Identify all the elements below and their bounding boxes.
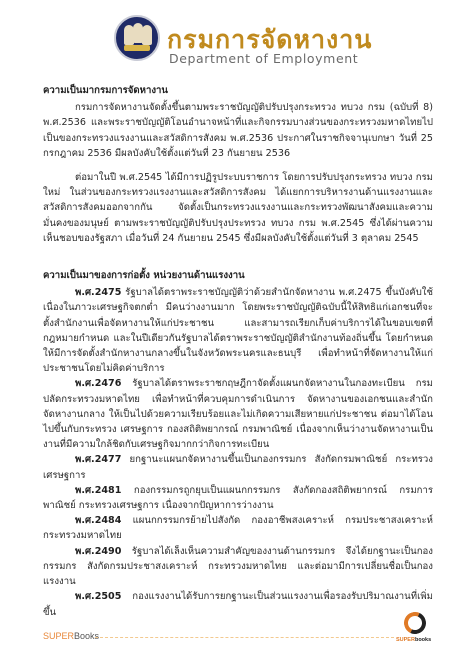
document-body: ความเป็นมากรมการจัดหางาน กรมการจัดหางานจ… xyxy=(43,83,433,620)
paragraph: พ.ศ.2490 รัฐบาลได้เล็งเห็นความสำคัญของงา… xyxy=(43,544,433,590)
section-title: ความเป็นมากรมการจัดหางาน xyxy=(43,83,433,98)
footer-divider xyxy=(95,637,394,638)
paragraph: ต่อมาในปี พ.ศ.2545 ได้มีการปฏิรูประบบราช… xyxy=(43,170,433,246)
year-label: พ.ศ.2475 xyxy=(75,287,121,298)
document-header: กรมการจัดหางาน Department of Employment xyxy=(0,0,466,75)
year-label: พ.ศ.2481 xyxy=(75,485,121,496)
year-label: พ.ศ.2490 xyxy=(75,546,121,557)
paragraph: พ.ศ.2475 รัฐบาลได้ตราพระราชบัญญัติว่าด้ว… xyxy=(43,285,433,376)
paragraph: พ.ศ.2505 กองแรงงานได้รับการยกฐานะเป็นส่ว… xyxy=(43,589,433,619)
year-label: พ.ศ.2484 xyxy=(75,515,121,526)
year-label: พ.ศ.2476 xyxy=(75,378,121,389)
paragraph: พ.ศ.2477 ยกฐานะแผนกจัดหางานขึ้นเป็นกองกร… xyxy=(43,452,433,482)
paragraph: พ.ศ.2484 แผนกกรรมกรย้ายไปสังกัด กองอาชีพ… xyxy=(43,513,433,543)
footer-brand: SUPERBooks xyxy=(43,631,99,641)
paragraph: พ.ศ.2476 รัฐบาลได้ตราพระราชกฤษฎีกาจัดตั้… xyxy=(43,376,433,452)
department-seal-icon xyxy=(114,15,160,61)
page-footer: SUPERBooks SUPERbooks xyxy=(0,618,466,658)
paragraph: พ.ศ.2481 กองกรรมกรถูกยุบเป็นแผนกกรรมกร ส… xyxy=(43,483,433,513)
org-name-english: Department of Employment xyxy=(169,51,358,66)
section-title: ความเป็นมาของการก่อตั้ง หน่วยงานด้านแรงง… xyxy=(43,268,433,283)
paragraph: กรมการจัดหางานจัดตั้งขึ้นตามพระราชบัญญัต… xyxy=(43,100,433,161)
superbooks-logo-icon: SUPERbooks xyxy=(396,610,436,650)
year-label: พ.ศ.2477 xyxy=(75,454,121,465)
year-label: พ.ศ.2505 xyxy=(75,591,121,602)
